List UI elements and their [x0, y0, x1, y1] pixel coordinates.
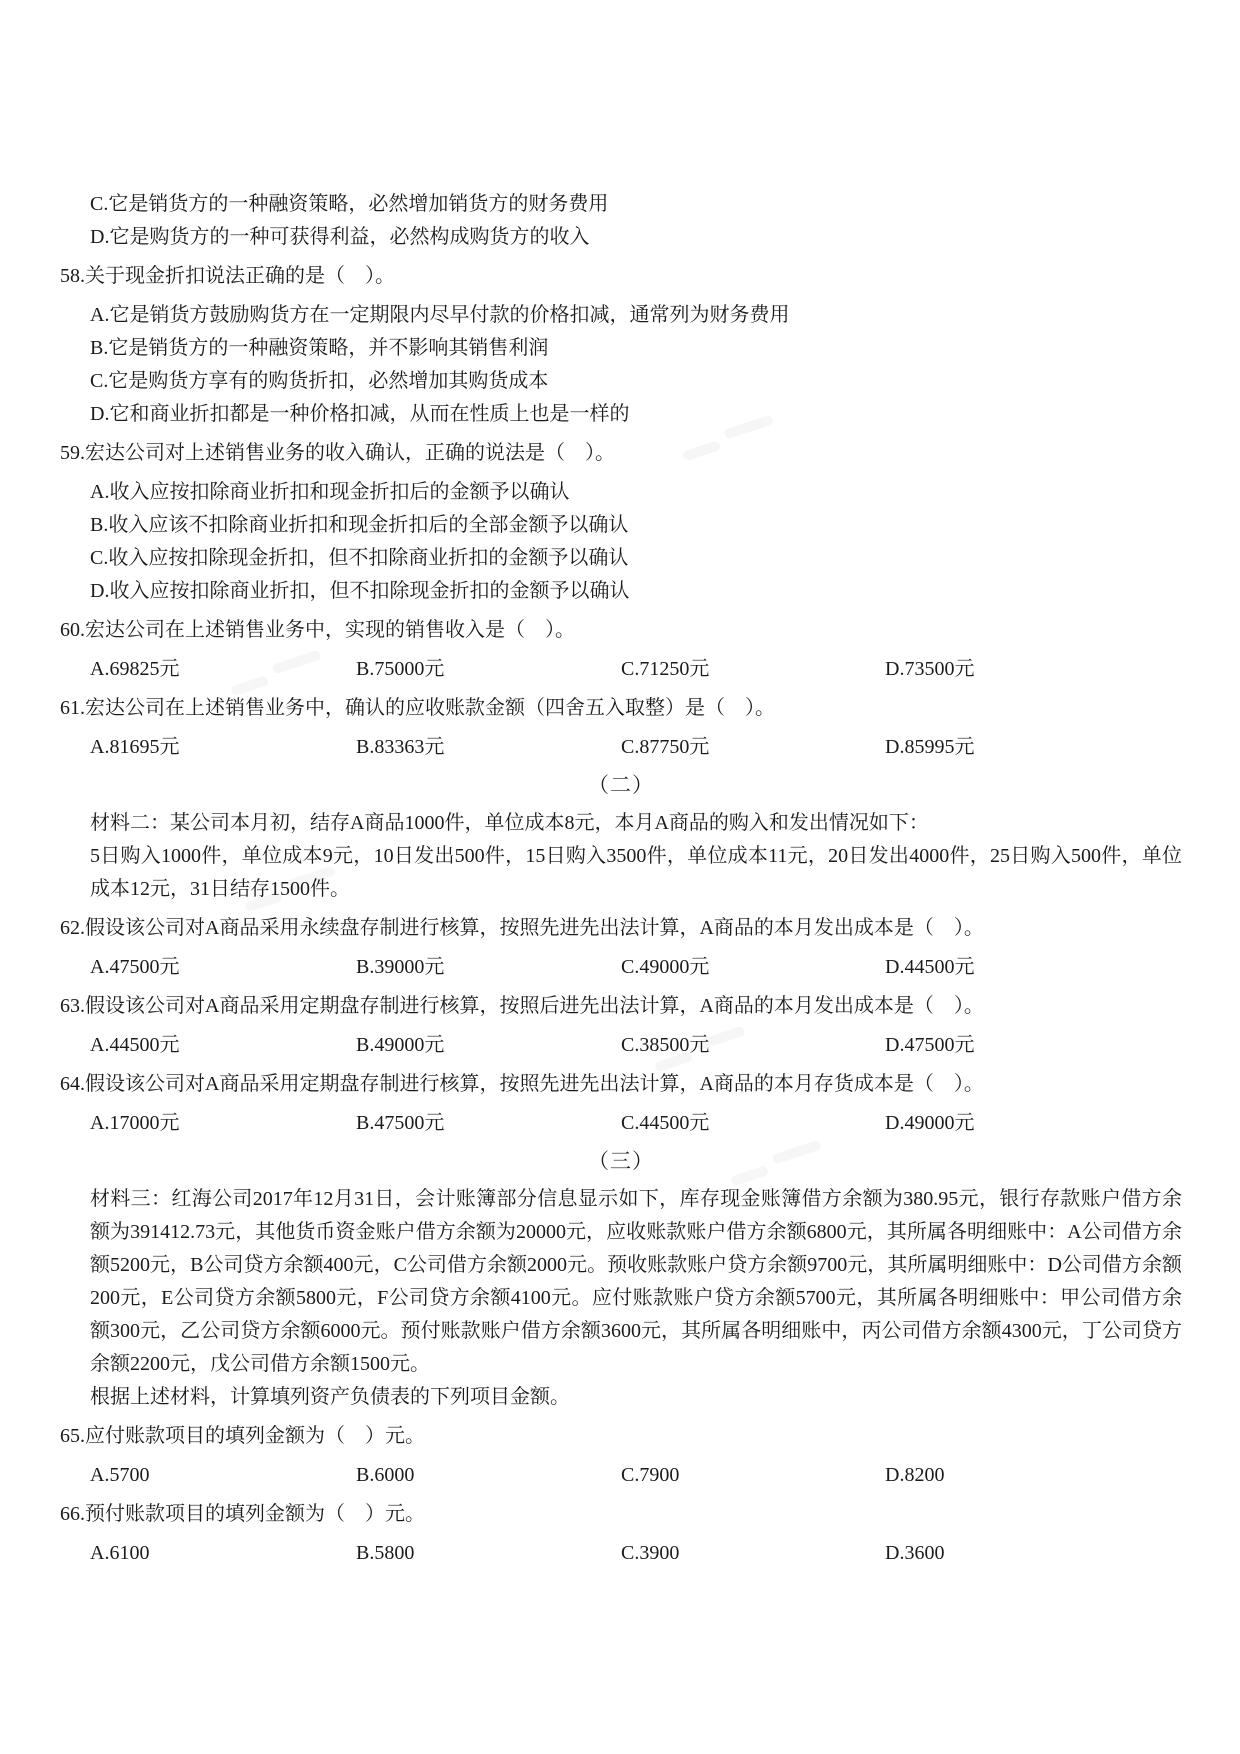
exam-content: C.它是销货方的一种融资策略，必然增加销货方的财务费用 D.它是购货方的一种可获… — [60, 188, 1182, 1570]
option-63-a: A.44500元 — [90, 1029, 356, 1062]
question-64: 64.假设该公司对A商品采用定期盘存制进行核算，按照先进先出法计算，A商品的本月… — [60, 1068, 1182, 1101]
question-62: 62.假设该公司对A商品采用永续盘存制进行核算，按照先进先出法计算，A商品的本月… — [60, 912, 1182, 945]
option-62-d: D.44500元 — [885, 951, 1182, 984]
option-64-a: A.17000元 — [90, 1107, 356, 1140]
option-61-c: C.87750元 — [621, 731, 885, 764]
section-header-2: （二） — [60, 767, 1182, 803]
option-64-b: B.47500元 — [356, 1107, 621, 1140]
option-63-b: B.49000元 — [356, 1029, 621, 1062]
option-60-a: A.69825元 — [90, 653, 356, 686]
options-58: A.它是销货方鼓励购货方在一定期限内尽早付款的价格扣减，通常列为财务费用 B.它… — [60, 299, 1182, 431]
option-63-c: C.38500元 — [621, 1029, 885, 1062]
option-62-b: B.39000元 — [356, 951, 621, 984]
option-60-d: D.73500元 — [885, 653, 1182, 686]
question-59: 59.宏达公司对上述销售业务的收入确认，正确的说法是（ ）。 — [60, 437, 1182, 470]
option-66-d: D.3600 — [885, 1537, 1182, 1570]
option-61-a: A.81695元 — [90, 731, 356, 764]
option-62-c: C.49000元 — [621, 951, 885, 984]
option-57-c: C.它是销货方的一种融资策略，必然增加销货方的财务费用 — [60, 188, 1182, 221]
option-59-c: C.收入应按扣除现金折扣，但不扣除商业折扣的金额予以确认 — [60, 542, 1182, 575]
option-64-c: C.44500元 — [621, 1107, 885, 1140]
option-60-c: C.71250元 — [621, 653, 885, 686]
options-64: A.17000元 B.47500元 C.44500元 D.49000元 — [60, 1107, 1182, 1140]
question-65: 65.应付账款项目的填列金额为（ ）元。 — [60, 1420, 1182, 1453]
option-58-a: A.它是销货方鼓励购货方在一定期限内尽早付款的价格扣减，通常列为财务费用 — [60, 299, 1182, 332]
option-65-a: A.5700 — [90, 1459, 356, 1492]
material-2-detail: 5日购入1000件，单位成本9元，10日发出500件，15日购入3500件，单位… — [60, 840, 1182, 906]
options-59: A.收入应按扣除商业折扣和现金折扣后的金额予以确认 B.收入应该不扣除商业折扣和… — [60, 476, 1182, 608]
option-66-c: C.3900 — [621, 1537, 885, 1570]
question-58: 58.关于现金折扣说法正确的是（ ）。 — [60, 260, 1182, 293]
section-header-3: （三） — [60, 1143, 1182, 1179]
option-57-d: D.它是购货方的一种可获得利益，必然构成购货方的收入 — [60, 221, 1182, 254]
option-63-d: D.47500元 — [885, 1029, 1182, 1062]
options-66: A.6100 B.5800 C.3900 D.3600 — [60, 1537, 1182, 1570]
material-3-detail: 材料三：红海公司2017年12月31日，会计账簿部分信息显示如下，库存现金账簿借… — [60, 1183, 1182, 1381]
question-66: 66.预付账款项目的填列金额为（ ）元。 — [60, 1498, 1182, 1531]
options-60: A.69825元 B.75000元 C.71250元 D.73500元 — [60, 653, 1182, 686]
option-61-b: B.83363元 — [356, 731, 621, 764]
question-63: 63.假设该公司对A商品采用定期盘存制进行核算，按照后进先出法计算，A商品的本月… — [60, 990, 1182, 1023]
question-61: 61.宏达公司在上述销售业务中，确认的应收账款金额（四舍五入取整）是（ ）。 — [60, 692, 1182, 725]
option-65-d: D.8200 — [885, 1459, 1182, 1492]
option-59-a: A.收入应按扣除商业折扣和现金折扣后的金额予以确认 — [60, 476, 1182, 509]
option-61-d: D.85995元 — [885, 731, 1182, 764]
option-65-b: B.6000 — [356, 1459, 621, 1492]
options-63: A.44500元 B.49000元 C.38500元 D.47500元 — [60, 1029, 1182, 1062]
option-58-c: C.它是购货方享有的购货折扣，必然增加其购货成本 — [60, 365, 1182, 398]
option-58-d: D.它和商业折扣都是一种价格扣减，从而在性质上也是一样的 — [60, 398, 1182, 431]
options-65: A.5700 B.6000 C.7900 D.8200 — [60, 1459, 1182, 1492]
option-64-d: D.49000元 — [885, 1107, 1182, 1140]
question-60: 60.宏达公司在上述销售业务中，实现的销售收入是（ ）。 — [60, 614, 1182, 647]
option-66-b: B.5800 — [356, 1537, 621, 1570]
material-2-intro: 材料二：某公司本月初，结存A商品1000件，单位成本8元，本月A商品的购入和发出… — [60, 807, 1182, 840]
option-59-b: B.收入应该不扣除商业折扣和现金折扣后的全部金额予以确认 — [60, 509, 1182, 542]
option-58-b: B.它是销货方的一种融资策略，并不影响其销售利润 — [60, 332, 1182, 365]
options-61: A.81695元 B.83363元 C.87750元 D.85995元 — [60, 731, 1182, 764]
option-60-b: B.75000元 — [356, 653, 621, 686]
option-65-c: C.7900 — [621, 1459, 885, 1492]
material-3-instruction: 根据上述材料，计算填列资产负债表的下列项目金额。 — [60, 1381, 1182, 1414]
option-59-d: D.收入应按扣除商业折扣，但不扣除现金折扣的金额予以确认 — [60, 575, 1182, 608]
option-66-a: A.6100 — [90, 1537, 356, 1570]
exam-page: C.它是销货方的一种融资策略，必然增加销货方的财务费用 D.它是购货方的一种可获… — [0, 0, 1240, 1754]
options-62: A.47500元 B.39000元 C.49000元 D.44500元 — [60, 951, 1182, 984]
option-62-a: A.47500元 — [90, 951, 356, 984]
